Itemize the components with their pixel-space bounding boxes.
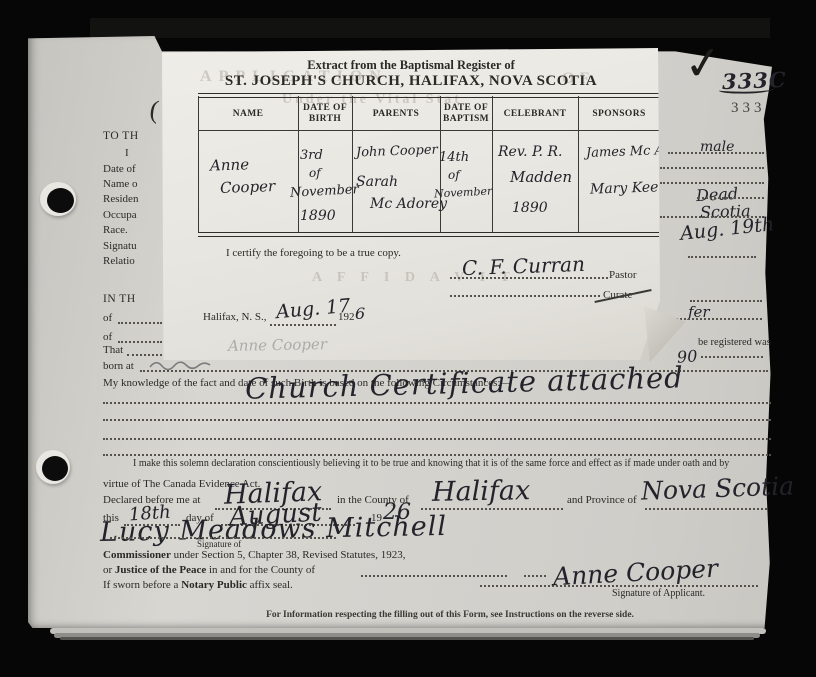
justice-rest: in and for the County of <box>206 564 315 576</box>
form-label-relation: Relatio <box>103 255 135 267</box>
entry-name-line-2: Cooper <box>220 177 276 197</box>
dotted-line <box>103 419 771 421</box>
dotted-line <box>668 152 764 154</box>
form-label-occupation: Occupa <box>103 209 137 221</box>
pastor-label: Pastor <box>609 269 637 281</box>
commissioner-line: Commissioner under Section 5, Chapter 38… <box>103 549 405 561</box>
dotted-line <box>660 167 764 169</box>
dotted-line <box>697 197 764 199</box>
form-label-of-1: of <box>103 312 112 324</box>
notary-pre: If sworn before a <box>103 579 181 591</box>
form-label-to-the: TO TH <box>103 130 139 142</box>
dotted-line-curate <box>450 295 600 297</box>
table-header-parents: PARENTS <box>352 109 440 120</box>
certificate-title-line-2: ST. JOSEPH'S CHURCH, HALIFAX, NOVA SCOTI… <box>188 73 634 90</box>
entry-birth-month: November <box>290 182 359 201</box>
entry-birth-of: of <box>309 166 321 180</box>
province-label: and Province of <box>567 494 637 506</box>
handwriting-county: Halifax <box>432 475 531 508</box>
entry-baptism-of: of <box>448 168 460 182</box>
notary-bold: Notary Public <box>181 579 247 591</box>
baptismal-certificate-overlay: APPLICATION OF Under the Vital Stat A F … <box>162 48 660 360</box>
form-label-race: Race. <box>103 224 128 236</box>
form-label-in-the: IN TH <box>103 293 136 305</box>
pastor-signature: C. F. Curran <box>462 252 586 280</box>
handwriting-certificate-year-digit: 6 <box>355 304 365 323</box>
entry-birth-day: 3rd <box>300 148 323 163</box>
commissioner-bold: Commissioner <box>103 549 171 561</box>
form-label-born-at: born at <box>103 360 134 372</box>
commissioner-signature: Lucy Meadows Mitchell <box>100 511 447 548</box>
dotted-line <box>103 402 771 404</box>
entry-baptism-month: November <box>434 184 493 200</box>
form-label-name-of: Name o <box>103 178 138 190</box>
justice-pre: or <box>103 564 115 576</box>
scanned-document-page: ( TO TH I Date of Name o Residen Occupa … <box>0 0 816 677</box>
handwriting-circumstances: Church Certificate attached <box>245 360 685 405</box>
justice-line: or Justice of the Peace in and for the C… <box>103 564 315 576</box>
table-top-rule <box>198 93 659 98</box>
notary-rest: affix seal. <box>247 579 293 591</box>
dotted-line <box>103 454 771 456</box>
dotted-line <box>690 300 762 302</box>
dotted-line <box>361 575 507 577</box>
dotted-line <box>118 341 162 343</box>
form-label-that: That <box>103 344 123 356</box>
table-header-date-of-baptism: DATE OF BAPTISM <box>440 103 492 125</box>
form-fragment-registered-was: be registered was <box>698 337 771 348</box>
entry-birth-year: 1890 <box>300 208 336 224</box>
form-label-i: I <box>125 147 129 159</box>
table-header-celebrant: CELEBRANT <box>492 109 578 120</box>
dotted-line <box>660 182 764 184</box>
dotted-line <box>688 256 756 258</box>
certificate-title-line-1: Extract from the Baptismal Register of <box>188 58 634 73</box>
entry-baptism-day: 14th <box>439 150 469 165</box>
entry-parent-mother-first: Sarah <box>356 174 398 190</box>
table-header-date-of-birth: DATE OF BIRTH <box>298 103 352 125</box>
dotted-line <box>127 354 162 356</box>
dotted-line <box>645 508 767 510</box>
dotted-line <box>421 508 563 510</box>
entry-celebrant-surname: Madden <box>510 168 572 186</box>
table-header-sponsors: SPONSORS <box>578 109 660 120</box>
commissioner-rest: under Section 5, Chapter 38, Revised Sta… <box>171 549 406 561</box>
form-label-signature: Signatu <box>103 240 137 252</box>
dotted-line <box>118 322 162 324</box>
form-label-date-of: Date of <box>103 163 136 175</box>
entry-celebrant-year: 1890 <box>512 200 548 216</box>
table-bottom-rule <box>198 232 659 237</box>
certificate-place-label: Halifax, N. S., <box>203 311 267 323</box>
signature-of-label: Signature of <box>197 539 241 549</box>
bracket-mark: ( <box>148 95 161 126</box>
dotted-line <box>701 356 763 358</box>
dotted-line <box>524 575 546 577</box>
punch-hole-top <box>47 188 74 213</box>
handwriting-province: Nova Scotia <box>641 471 795 505</box>
justice-bold: Justice of the Peace <box>115 564 206 576</box>
footer-note: For Information respecting the filling o… <box>130 610 770 620</box>
notary-line: If sworn before a Notary Public affix se… <box>103 579 293 591</box>
form-label-of-2: of <box>103 331 112 343</box>
applicant-signature-label: Signature of Applicant. <box>612 588 705 599</box>
entry-celebrant-name: Rev. P. R. <box>498 144 562 160</box>
form-label-residence: Residen <box>103 193 138 205</box>
punch-hole-bottom <box>42 456 68 481</box>
dotted-line-date <box>270 324 336 326</box>
table-header-rule <box>198 130 659 131</box>
dotted-line <box>103 438 771 440</box>
entry-name-line-1: Anne <box>210 155 250 174</box>
table-header-name: NAME <box>198 109 298 120</box>
certificate-year-prefix: 192 <box>338 311 355 323</box>
certify-statement: I certify the foregoing to be a true cop… <box>226 247 401 259</box>
entry-parent-father: John Cooper <box>356 143 438 161</box>
declaration-line-1: I make this solemn declaration conscient… <box>133 458 729 469</box>
